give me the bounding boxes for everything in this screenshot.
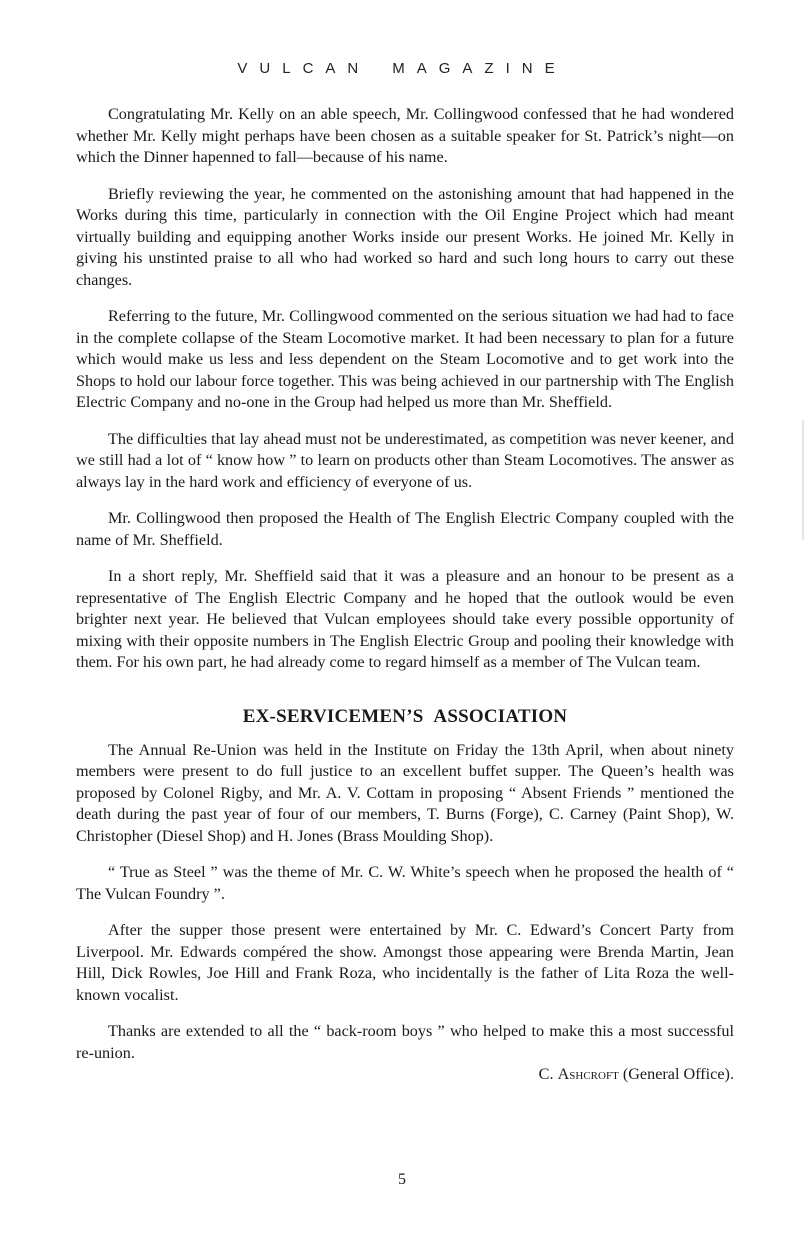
author-department: (General Office).: [623, 1065, 734, 1083]
paragraph: Referring to the future, Mr. Collingwood…: [76, 306, 734, 414]
paragraph: In a short reply, Mr. Sheffield said tha…: [76, 566, 734, 674]
paragraph: Congratulating Mr. Kelly on an able spee…: [76, 104, 734, 169]
article-dinner-speeches: Congratulating Mr. Kelly on an able spee…: [76, 104, 734, 674]
author-signature: C. Ashcroft (General Office).: [76, 1064, 734, 1086]
article-ex-servicemens-association: EX-SERVICEMEN’S ASSOCIATION The Annual R…: [76, 706, 734, 1086]
magazine-page: VULCANMAGAZINE Congratulating Mr. Kelly …: [0, 0, 804, 1238]
text-column: Congratulating Mr. Kelly on an able spee…: [76, 104, 734, 1086]
paragraph: Thanks are extended to all the “ back-ro…: [76, 1021, 734, 1064]
paragraph: The difficulties that lay ahead must not…: [76, 429, 734, 494]
author-initial: C.: [539, 1065, 554, 1083]
running-head-title-word-2: MAGAZINE: [392, 60, 566, 77]
paragraph: “ True as Steel ” was the theme of Mr. C…: [76, 862, 734, 905]
page-number: 5: [0, 1171, 804, 1189]
paragraph: After the supper those present were ente…: [76, 920, 734, 1006]
running-head: VULCANMAGAZINE: [0, 60, 804, 77]
paragraph: Mr. Collingwood then proposed the Health…: [76, 508, 734, 551]
section-heading: EX-SERVICEMEN’S ASSOCIATION: [76, 706, 734, 728]
author-surname: Ashcroft: [558, 1065, 619, 1083]
paragraph: The Annual Re-Union was held in the Inst…: [76, 740, 734, 848]
running-head-title-word-1: VULCAN: [237, 60, 370, 77]
paragraph: Briefly reviewing the year, he commented…: [76, 184, 734, 292]
